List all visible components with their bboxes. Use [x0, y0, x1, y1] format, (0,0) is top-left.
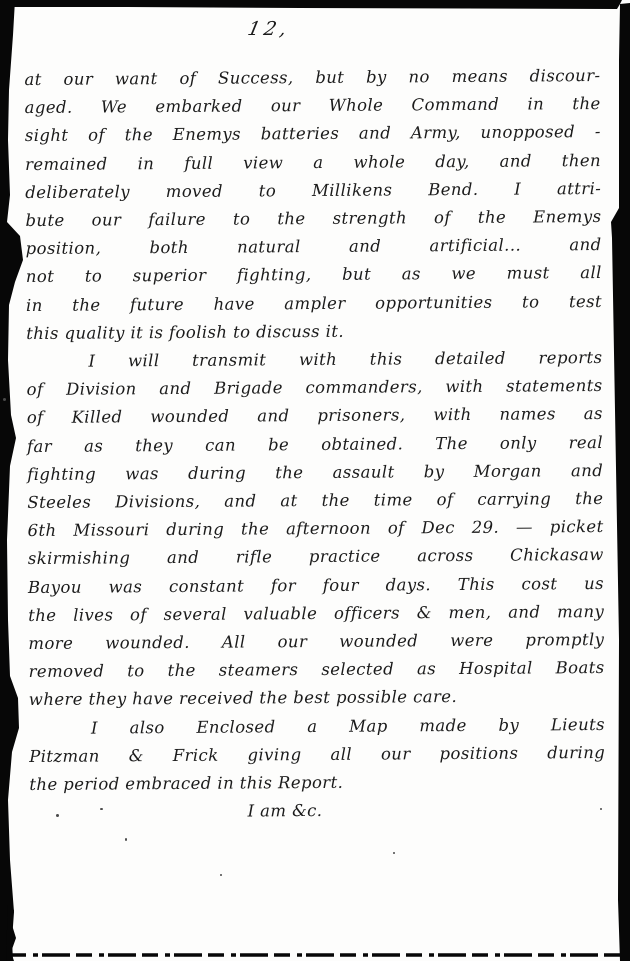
scan-border-top [0, 0, 622, 9]
manuscript-line: the period embraced in this Report. [29, 767, 605, 799]
manuscript-line: remained in full view a whole day, and t… [25, 147, 601, 179]
scan-border-left [0, 0, 23, 961]
manuscript-line: removed to the steamers selected as Hosp… [28, 654, 604, 686]
manuscript-line: I will transmit with this detailed repor… [26, 344, 602, 376]
manuscript-line: Pitzman & Frick giving all our positions… [29, 739, 605, 771]
manuscript-line: where they have received the best possib… [29, 682, 605, 714]
manuscript-line: fighting was during the assault by Morga… [27, 457, 603, 489]
manuscript-line: Steeles Divisions, and at the time of ca… [27, 485, 603, 517]
manuscript-line: I am &c. [29, 795, 605, 827]
manuscript-line: 6th Missouri during the afternoon of Dec… [27, 513, 603, 545]
scan-speck [393, 852, 395, 854]
manuscript-text: at our want of Success, but by no means … [24, 62, 605, 827]
scan-speck [56, 814, 59, 817]
manuscript-line: not to superior fighting, but as we must… [26, 259, 602, 291]
manuscript-line: the lives of several valuable officers &… [28, 598, 604, 630]
manuscript-line: of Killed wounded and prisoners, with na… [27, 400, 603, 432]
manuscript-line: at our want of Success, but by no means … [24, 62, 600, 94]
scan-speck [125, 838, 127, 841]
manuscript-line: this quality it is foolish to discuss it… [26, 316, 602, 348]
manuscript-line: I also Enclosed a Map made by Lieuts [29, 711, 605, 743]
manuscript-line: bute our failure to the strength of the … [25, 203, 601, 235]
manuscript-line: aged. We embarked our Whole Command in t… [25, 90, 601, 122]
page-number: 12, [246, 18, 293, 40]
manuscript-line: skirmishing and rifle practice across Ch… [28, 541, 604, 573]
scan-border-bottom-left-speckle [6, 905, 16, 961]
scan-speck [600, 808, 602, 810]
manuscript-line: Bayou was constant for four days. This c… [28, 570, 604, 602]
manuscript-line: more wounded. All our wounded were promp… [28, 626, 604, 658]
manuscript-line: in the future have ampler opportunities … [26, 288, 602, 320]
manuscript-line: position, both natural and artificial...… [26, 231, 602, 263]
manuscript-line: far as they can be obtained. The only re… [27, 429, 603, 461]
scan-speck [100, 808, 103, 810]
scan-speck [3, 398, 6, 401]
manuscript-line: of Division and Brigade commanders, with… [27, 372, 603, 404]
scan-border-right [611, 3, 630, 961]
scanned-page: 12, at our want of Success, but by no me… [0, 0, 630, 961]
manuscript-line: sight of the Enemys batteries and Army, … [25, 118, 601, 150]
manuscript-line: deliberately moved to Millikens Bend. I … [25, 175, 601, 207]
scan-speck [220, 874, 222, 876]
